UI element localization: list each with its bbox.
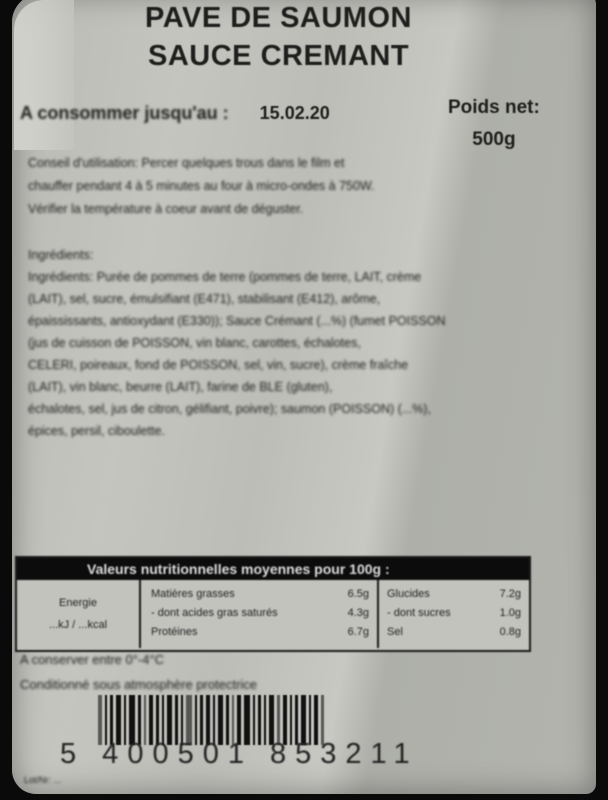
ingredients-line: (LAIT), sel, sucre, émulsifiant (E471), … <box>28 288 498 310</box>
nutrition-row: Sel0.8g <box>387 623 521 642</box>
nutrient-label: - dont acides gras saturés <box>151 604 278 623</box>
usage-line: Conseil d'utilisation: Percer quelques t… <box>28 152 488 175</box>
ingredients-line: CELERI, poireaux, fond de POISSON, sel, … <box>28 354 498 376</box>
nutrition-heading: Valeurs nutritionnelles moyennes pour 10… <box>17 558 529 580</box>
ingredients: Ingrédients: Ingrédients: Purée de pomme… <box>28 244 498 442</box>
ingredients-line: échalotes, sel, jus de citron, gélifiant… <box>28 398 498 420</box>
nutrient-label: Sel <box>387 623 403 642</box>
nutrient-value: 4.3g <box>348 604 369 623</box>
expiry-date: 15.02.20 <box>260 103 330 123</box>
storage-instructions: A conserver entre 0°-4°C <box>20 652 164 667</box>
nutrient-label: Glucides <box>387 585 430 604</box>
ingredients-line: Ingrédients: Purée de pommes de terre (p… <box>28 266 498 288</box>
energy-cell: Energie ...kJ / ...kcal <box>17 580 141 648</box>
nutrition-row: Protéines6.7g <box>151 623 369 642</box>
nutrient-value: 1.0g <box>500 604 521 623</box>
energy-label: Energie <box>59 597 97 609</box>
nutrient-value: 6.7g <box>348 623 369 642</box>
nutrition-row: Glucides7.2g <box>387 585 521 604</box>
net-weight: Poids net: 500g <box>448 92 540 156</box>
nutrient-label: Matières grasses <box>151 585 235 604</box>
expiry-label: A consommer jusqu'au : <box>20 103 229 124</box>
nutrient-label: Protéines <box>151 623 197 642</box>
nutrient-value: 6.5g <box>348 585 369 604</box>
barcode-number: 5 400501 853211 <box>60 738 419 771</box>
product-title-line2: SAUCE CREMANT <box>148 40 409 73</box>
nutrition-table: Valeurs nutritionnelles moyennes pour 10… <box>15 556 531 652</box>
ingredients-line: (LAIT), vin blanc, beurre (LAIT), farine… <box>28 376 498 398</box>
ingredients-line: épaississants, antioxydant (E330)); Sauc… <box>28 310 498 332</box>
usage-instructions: Conseil d'utilisation: Percer quelques t… <box>28 152 488 221</box>
nutrient-value: 0.8g <box>500 623 521 642</box>
ingredients-heading: Ingrédients: <box>28 244 498 266</box>
expiry: A consommer jusqu'au : 15.02.20 <box>20 103 330 124</box>
nutrition-row: - dont sucres1.0g <box>387 604 521 623</box>
packaging-note: Conditionné sous atmosphère protectrice <box>20 677 257 692</box>
product-title-line1: PAVE DE SAUMON <box>145 2 412 35</box>
nutrition-left-column: Matières grasses6.5g - dont acides gras … <box>141 580 379 648</box>
usage-line: Vérifier la température à coeur avant de… <box>28 198 488 221</box>
nutrient-label: - dont sucres <box>387 604 451 623</box>
lot-number: Lot/Nr: ... <box>24 775 61 785</box>
ingredients-line: épices, persil, ciboulette. <box>28 420 498 442</box>
nutrition-row: - dont acides gras saturés4.3g <box>151 604 369 623</box>
energy-value: ...kJ / ...kcal <box>49 619 107 631</box>
nutrient-value: 7.2g <box>500 585 521 604</box>
label-curl <box>14 0 74 150</box>
ingredients-line: (jus de cuisson de POISSON, vin blanc, c… <box>28 332 498 354</box>
nutrition-row: Matières grasses6.5g <box>151 585 369 604</box>
nutrition-right-column: Glucides7.2g - dont sucres1.0g Sel0.8g <box>379 580 529 648</box>
net-weight-label: Poids net: <box>448 92 540 124</box>
usage-line: chauffer pendant 4 à 5 minutes au four à… <box>28 175 488 198</box>
